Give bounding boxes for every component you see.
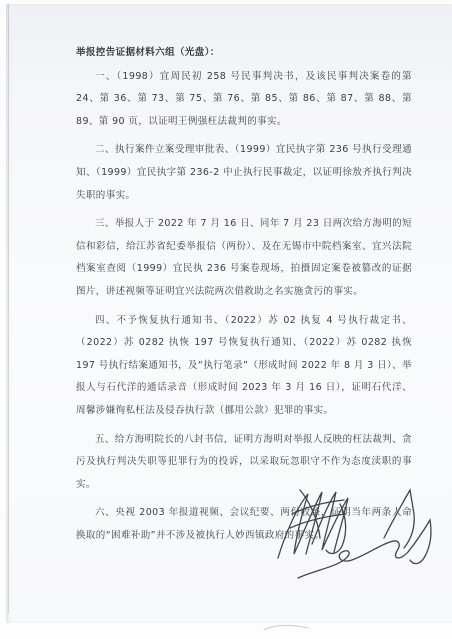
paragraph-4: 四、不予恢复执行通知书、（2022）苏 02 执复 4 号执行裁定书、（2022… [76,310,412,423]
faint-pencil-mark [262,618,312,630]
document-title: 举报控告证据材料六组（光盘）： [76,42,412,65]
document-body: 举报控告证据材料六组（光盘）： 一、（1998）宜周民初 258 号民事判决书，… [76,42,412,553]
page-edge-crease [8,4,9,613]
paragraph-1: 一、（1998）宜周民初 258 号民事判决书，及该民事判决案卷的第 24、第 … [76,66,412,134]
paragraph-2: 二、执行案件立案受理审批表、（1999）宜民执字第 236 号执行受理通知、（1… [76,139,412,207]
scanned-page: 举报控告证据材料六组（光盘）： 一、（1998）宜周民初 258 号民事判决书，… [0,0,452,639]
handwritten-signature [256,480,452,598]
paragraph-3: 三、举报人于 2022 年 7 月 16 日、同年 7 月 23 日两次给方海明… [76,213,412,303]
